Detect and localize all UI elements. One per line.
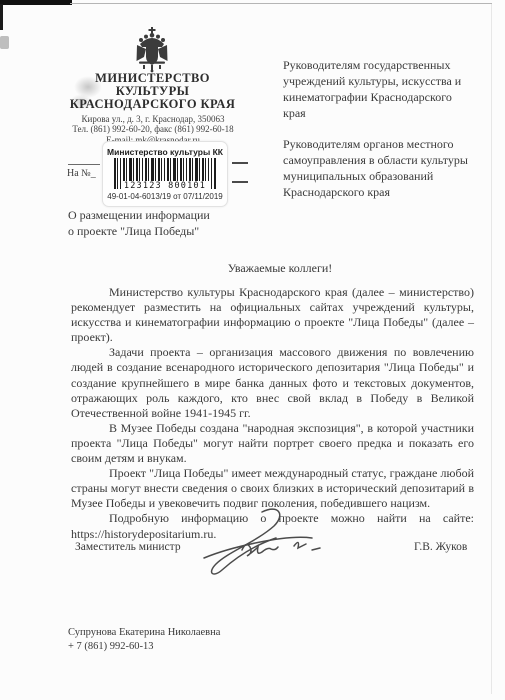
recipient: Руководителям государственных учреждений… bbox=[283, 57, 475, 121]
body-paragraph: Министерство культуры Краснодарского кра… bbox=[71, 285, 474, 345]
body-paragraph: Задачи проекта – организация массового д… bbox=[71, 345, 474, 420]
coat-of-arms-icon bbox=[135, 27, 169, 73]
salutation: Уважаемые коллеги! bbox=[0, 261, 505, 276]
letter-subject-line: О размещении информации bbox=[68, 207, 268, 223]
barcode: 123123 800101 bbox=[114, 158, 216, 189]
registration-number: 49-01-04-6013/19 от 07/11/2019 bbox=[93, 192, 237, 201]
signature-scribble bbox=[198, 502, 322, 582]
barcode-digits: 123123 800101 bbox=[121, 181, 209, 191]
signer-position: Заместитель министр bbox=[75, 541, 181, 553]
ministry-title: МИНИСТЕРСТВО КУЛЬТУРЫ КРАСНОДАРСКОГО КРА… bbox=[55, 72, 250, 110]
scan-artifact-top-bar bbox=[0, 0, 72, 5]
form-dash-line bbox=[232, 162, 248, 164]
letter-subject: О размещении информации о проекте "Лица … bbox=[68, 207, 268, 239]
sticker-title: Министерство культуры КК bbox=[103, 147, 227, 157]
ministry-title-line: КУЛЬТУРЫ bbox=[55, 85, 250, 98]
executor-phone: + 7 (861) 992-60-13 bbox=[68, 641, 154, 652]
scan-artifact-right-line bbox=[491, 4, 492, 694]
scan-artifact-left-strip bbox=[0, 4, 3, 30]
registration-barcode-sticker: Министерство культуры КК 123123 8001 bbox=[102, 141, 228, 207]
ref-number-label: На №_ bbox=[67, 168, 96, 179]
executor-name: Супрунова Екатерина Николаевна bbox=[68, 627, 220, 638]
body-paragraph: В Музее Победы создана "народная экспози… bbox=[71, 421, 474, 466]
recipients-block: Руководителям государственных учреждений… bbox=[283, 57, 475, 215]
ministry-title-line: КРАСНОДАРСКОГО КРАЯ bbox=[55, 98, 250, 111]
scan-artifact-left-smudge bbox=[0, 36, 9, 49]
form-dash-line bbox=[232, 181, 248, 183]
scanned-letter-page: МИНИСТЕРСТВО КУЛЬТУРЫ КРАСНОДАРСКОГО КРА… bbox=[0, 0, 505, 700]
letterhead-phone: Тел. (861) 992-60-20, факс (861) 992-60-… bbox=[58, 124, 248, 134]
scan-artifact-top-line bbox=[70, 3, 492, 4]
letterhead-address: Кирова ул., д. 3, г. Краснодар, 350063 bbox=[58, 114, 248, 124]
ref-number-blank-line bbox=[68, 164, 100, 165]
signer-name: Г.В. Жуков bbox=[414, 541, 467, 553]
letter-subject-line: о проекте "Лица Победы" bbox=[68, 223, 268, 239]
ministry-title-line: МИНИСТЕРСТВО bbox=[55, 72, 250, 85]
recipient: Руководителям органов местного самоуправ… bbox=[283, 136, 475, 200]
